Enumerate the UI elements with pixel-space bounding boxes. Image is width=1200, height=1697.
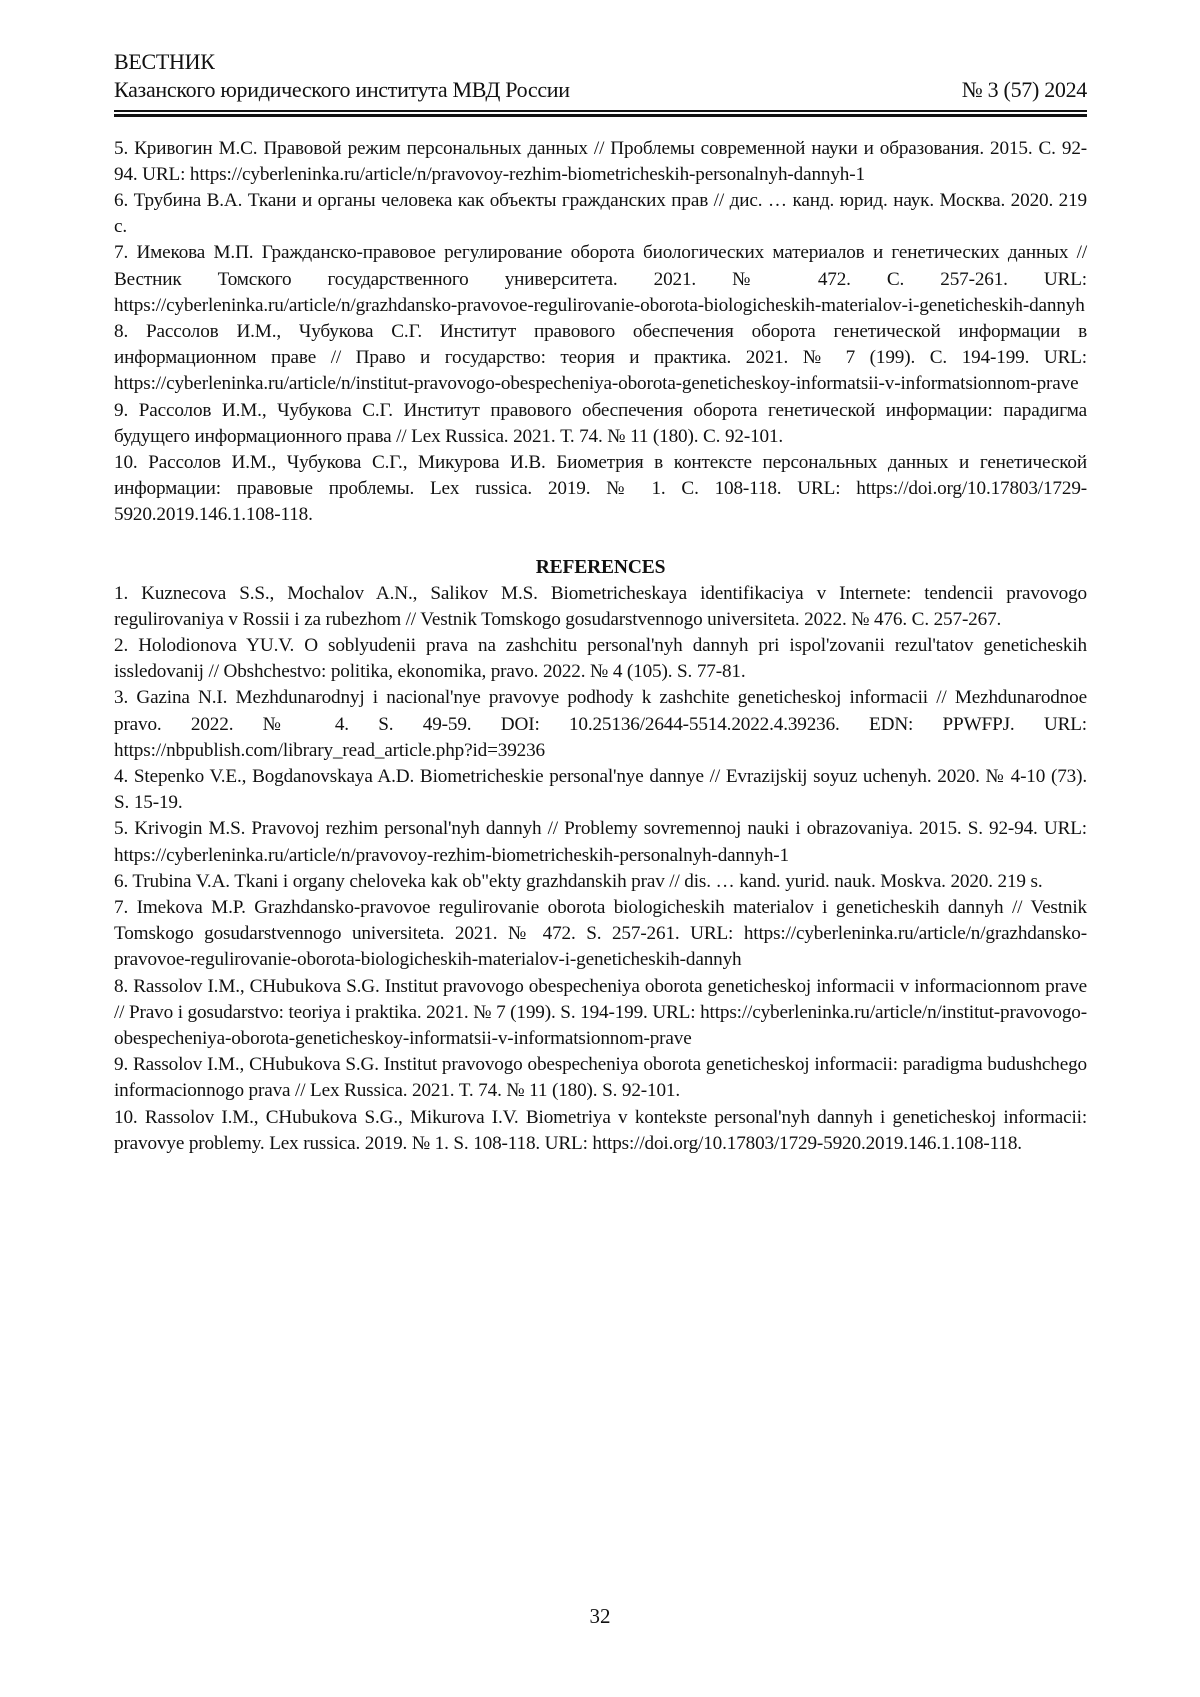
reference-item: 6. Trubina V.A. Tkani i organy cheloveka… [114,869,1087,895]
journal-title-row: Казанского юридического института МВД Ро… [114,76,1087,104]
running-header: ВЕСТНИК Казанского юридического институт… [114,48,1087,117]
journal-page: ВЕСТНИК Казанского юридического институт… [114,48,1087,1157]
issue-number: № 3 (57) 2024 [962,76,1087,104]
journal-title-line1: ВЕСТНИК [114,48,1087,76]
reference-item: 9. Рассолов И.М., Чубукова С.Г. Институт… [114,398,1087,450]
reference-item: 7. Имекова М.П. Гражданско-правовое регу… [114,240,1087,319]
page-number: 32 [0,1603,1200,1629]
reference-item: 4. Stepenko V.E., Bogdanovskaya A.D. Bio… [114,764,1087,816]
page-content: 5. Кривогин М.С. Правовой режим персонал… [114,136,1087,1158]
reference-item: 8. Rassolov I.M., CHubukova S.G. Institu… [114,974,1087,1053]
reference-item: 1. Kuznecova S.S., Mochalov A.N., Saliko… [114,581,1087,633]
reference-item: 10. Rassolov I.M., CHubukova S.G., Mikur… [114,1105,1087,1157]
reference-item: 10. Рассолов И.М., Чубукова С.Г., Микуро… [114,450,1087,529]
reference-item: 5. Кривогин М.С. Правовой режим персонал… [114,136,1087,188]
transliterated-reference-list: 1. Kuznecova S.S., Mochalov A.N., Saliko… [114,581,1087,1157]
header-rule-thin [114,110,1087,112]
references-heading: REFERENCES [114,555,1087,581]
reference-item: 5. Krivogin M.S. Pravovoj rezhim persona… [114,816,1087,868]
reference-item: 7. Imekova M.P. Grazhdansko-pravovoe reg… [114,895,1087,974]
reference-item: 2. Holodionova YU.V. O soblyudenii prava… [114,633,1087,685]
reference-item: 6. Трубина В.А. Ткани и органы человека … [114,188,1087,240]
reference-item: 9. Rassolov I.M., CHubukova S.G. Institu… [114,1052,1087,1104]
reference-item: 8. Рассолов И.М., Чубукова С.Г. Институт… [114,319,1087,398]
header-rule-thick [114,114,1087,117]
reference-item: 3. Gazina N.I. Mezhdunarodnyj i nacional… [114,685,1087,764]
journal-title-line2: Казанского юридического института МВД Ро… [114,76,570,104]
russian-reference-list: 5. Кривогин М.С. Правовой режим персонал… [114,136,1087,529]
